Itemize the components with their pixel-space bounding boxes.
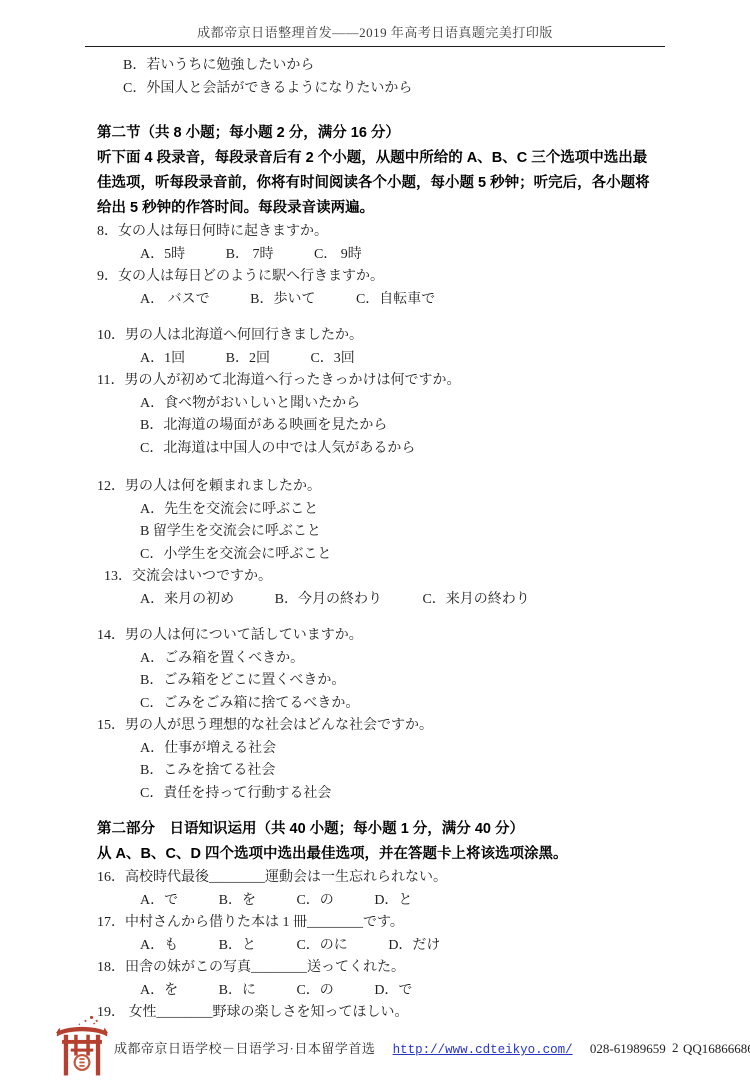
option: B． 7時	[226, 244, 274, 267]
option: C．自転車で	[356, 289, 435, 312]
exam-document-page: 成都帝京日语整理首发——2019 年高考日语真题完美打印版 B．若いうちに勉強し…	[0, 0, 750, 1089]
question-18-options: A．を B．に C．の D．で	[97, 980, 670, 1003]
option-line: B．ごみ箱をどこに置くべきか。	[97, 670, 670, 693]
question-17-options: A．も B．と C．のに D．だけ	[97, 935, 670, 958]
option: B．2回	[226, 348, 270, 371]
option-line: B．若いうちに勉強したいから	[97, 55, 670, 78]
footer-phone: 028-61989659	[590, 1041, 666, 1056]
exam-body: B．若いうちに勉強したいから C．外国人と会話ができるようになりたいから 第二节…	[97, 55, 670, 1025]
question-13-options: A．来月の初め B．今月の終わり C．来月の終わり	[97, 589, 670, 612]
option-line: A．ごみ箱を置くべきか。	[97, 648, 670, 671]
section2-instructions: 佳选项，听每段录音前，你将有时间阅读各个小题，每小题 5 秒钟；听完后，各小题将	[97, 171, 670, 196]
footer-school-name: 成都帝京日语学校－日语学习·日本留学首选	[114, 1041, 375, 1056]
footer: 成都帝京日语学校－日语学习·日本留学首选 http://www.cdteikyo…	[114, 1038, 750, 1057]
option-line: C．ごみをごみ箱に捨てるべきか。	[97, 693, 670, 716]
question-11: 11．男の人が初めて北海道へ行ったきっかけは何ですか。	[97, 370, 670, 393]
option-line: B．北海道の場面がある映画を見たから	[97, 415, 670, 438]
option: A．も	[140, 935, 178, 958]
option: A．を	[140, 980, 178, 1003]
section2-heading: 第二节（共 8 小题；每小题 2 分，满分 16 分）	[97, 121, 670, 146]
question-10: 10．男の人は北海道へ何回行きましたか。	[97, 325, 670, 348]
question-15: 15．男の人が思う理想的な社会はどんな社会ですか。	[97, 715, 670, 738]
question-19: 19． 女性________野球の楽しさを知ってほしい。	[97, 1002, 670, 1025]
part2-heading: 第二部分 日语知识运用（共 40 小题；每小题 1 分，满分 40 分）	[97, 817, 670, 842]
option: B．今月の終わり	[275, 589, 382, 612]
question-13: 13．交流会はいつですか。	[97, 566, 670, 589]
question-9: 9．女の人は毎日どのように駅へ行きますか。	[97, 266, 670, 289]
option: C．の	[296, 890, 333, 913]
option-line: C．北海道は中国人の中では人気があるから	[97, 438, 670, 461]
question-10-options: A．1回 B．2回 C．3回	[97, 348, 670, 371]
section2-instructions: 给出 5 秒钟的作答时间。每段录音读两遍。	[97, 196, 670, 221]
option: D．だけ	[388, 935, 440, 958]
option: A．で	[140, 890, 178, 913]
option: A． バスで	[140, 289, 210, 312]
option-line: B．こみを捨てる社会	[97, 760, 670, 783]
question-8: 8．女の人は毎日何時に起きますか。	[97, 221, 670, 244]
question-14: 14．男の人は何について話していますか。	[97, 625, 670, 648]
option: C．3回	[310, 348, 354, 371]
question-12: 12．男の人は何を頼まれましたか。	[97, 476, 670, 499]
option-line: A．先生を交流会に呼ぶこと	[97, 499, 670, 522]
option-line: C．責任を持って行動する社会	[97, 783, 670, 806]
page-number: 2	[672, 1040, 679, 1056]
question-8-options: A．5時 B． 7時 C． 9時	[97, 244, 670, 267]
question-9-options: A． バスで B．歩いて C．自転車で	[97, 289, 670, 312]
header-rule	[85, 46, 665, 47]
option: B．に	[219, 980, 256, 1003]
question-17: 17．中村さんから借りた本は 1 冊________です。	[97, 912, 670, 935]
footer-qq: QQ1686668657	[683, 1041, 750, 1056]
option: C．のに	[296, 935, 347, 958]
option: B．を	[219, 890, 256, 913]
page-header-title: 成都帝京日语整理首发——2019 年高考日语真题完美打印版	[0, 22, 750, 41]
option-line: A．仕事が増える社会	[97, 738, 670, 761]
question-16: 16．高校時代最後________運動会は一生忘れられない。	[97, 867, 670, 890]
option: D．で	[374, 980, 412, 1003]
footer-website-link[interactable]: http://www.cdteikyo.com/	[393, 1043, 573, 1057]
option: C． 9時	[314, 244, 362, 267]
option: A．5時	[140, 244, 185, 267]
option: A．来月の初め	[140, 589, 234, 612]
option: C．来月の終わり	[422, 589, 529, 612]
option: D．と	[374, 890, 412, 913]
option-line: C．小学生を交流会に呼ぶこと	[97, 544, 670, 567]
part2-instructions: 从 A、B、C、D 四个选项中选出最佳选项，并在答题卡上将该选项涂黑。	[97, 842, 670, 867]
option: A．1回	[140, 348, 185, 371]
question-18: 18．田舎の妹がこの写真________送ってくれた。	[97, 957, 670, 980]
option-line: C．外国人と会話ができるようになりたいから	[97, 78, 670, 101]
question-16-options: A．で B．を C．の D．と	[97, 890, 670, 913]
option-line: A．食べ物がおいしいと聞いたから	[97, 393, 670, 416]
option: B．歩いて	[250, 289, 315, 312]
section2-instructions: 听下面 4 段录音，每段录音后有 2 个小题，从题中所给的 A、B、C 三个选项…	[97, 146, 670, 171]
option-line: B 留学生を交流会に呼ぶこと	[97, 521, 670, 544]
option: B．と	[219, 935, 256, 958]
option: C．の	[296, 980, 333, 1003]
teikyo-torii-logo-icon	[56, 1014, 108, 1078]
